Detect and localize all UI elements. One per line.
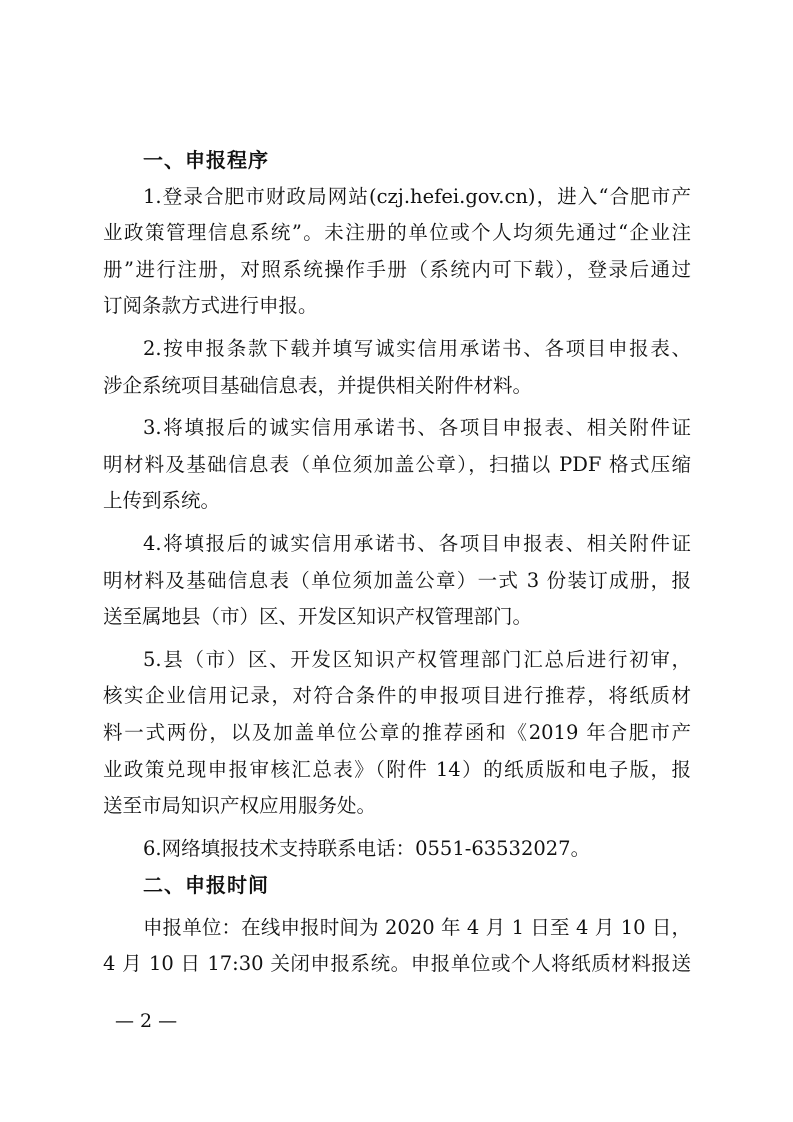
text-line: 6.网络填报技术支持联系电话：0551-63532027。: [103, 831, 691, 868]
text-line: 送至市局知识产权应用服务处。: [103, 788, 691, 825]
text-line: 册”进行注册，对照系统操作手册（系统内可下载），登录后通过: [103, 252, 691, 289]
text-line: 业政策管理信息系统”。未注册的单位或个人均须先通过“企业注: [103, 215, 691, 252]
text-line: 1.登录合肥市财政局网站(czj.hefei.gov.cn)，进入“合肥市产: [103, 179, 691, 216]
text-line: 3.将填报后的诚实信用承诺书、各项目申报表、相关附件证: [103, 410, 691, 447]
paragraph-step-2: 2.按申报条款下载并填写诚实信用承诺书、各项目申报表、 涉企系统项目基础信息表，…: [103, 331, 691, 404]
page-number: — 2 —: [115, 1010, 177, 1032]
section-heading-schedule: 二、申报时间: [103, 867, 691, 904]
paragraph-step-6: 6.网络填报技术支持联系电话：0551-63532027。: [103, 831, 691, 868]
text-line: 4 月 10 日 17:30 关闭申报系统。申报单位或个人将纸质材料报送: [103, 946, 691, 983]
text-line: 明材料及基础信息表（单位须加盖公章）一式 3 份装订成册，报: [103, 563, 691, 600]
paragraph-step-4: 4.将填报后的诚实信用承诺书、各项目申报表、相关附件证 明材料及基础信息表（单位…: [103, 526, 691, 636]
text-line: 核实企业信用记录，对符合条件的申报项目进行推荐，将纸质材: [103, 678, 691, 715]
text-line: 明材料及基础信息表（单位须加盖公章），扫描以 PDF 格式压缩: [103, 447, 691, 484]
text-line: 申报单位：在线申报时间为 2020 年 4 月 1 日至 4 月 10 日，: [103, 910, 691, 947]
text-line: 涉企系统项目基础信息表，并提供相关附件材料。: [103, 368, 691, 405]
text-line: 4.将填报后的诚实信用承诺书、各项目申报表、相关附件证: [103, 526, 691, 563]
text-line: 业政策兑现申报审核汇总表》（附件 14）的纸质版和电子版，报: [103, 752, 691, 789]
text-line: 2.按申报条款下载并填写诚实信用承诺书、各项目申报表、: [103, 331, 691, 368]
text-line: 送至属地县（市）区、开发区知识产权管理部门。: [103, 599, 691, 636]
text-line: 上传到系统。: [103, 483, 691, 520]
paragraph-step-3: 3.将填报后的诚实信用承诺书、各项目申报表、相关附件证 明材料及基础信息表（单位…: [103, 410, 691, 520]
text-line: 订阅条款方式进行申报。: [103, 288, 691, 325]
section-heading-procedure: 一、申报程序: [103, 142, 691, 179]
document-body: 一、申报程序 1.登录合肥市财政局网站(czj.hefei.gov.cn)，进入…: [103, 142, 691, 983]
document-page: 一、申报程序 1.登录合肥市财政局网站(czj.hefei.gov.cn)，进入…: [0, 0, 793, 1122]
paragraph-step-1: 1.登录合肥市财政局网站(czj.hefei.gov.cn)，进入“合肥市产 业…: [103, 179, 691, 325]
paragraph-schedule: 申报单位：在线申报时间为 2020 年 4 月 1 日至 4 月 10 日， 4…: [103, 910, 691, 983]
paragraph-step-5: 5.县（市）区、开发区知识产权管理部门汇总后进行初审， 核实企业信用记录，对符合…: [103, 642, 691, 825]
text-line: 5.县（市）区、开发区知识产权管理部门汇总后进行初审，: [103, 642, 691, 679]
text-line: 料一式两份，以及加盖单位公章的推荐函和《2019 年合肥市产: [103, 715, 691, 752]
